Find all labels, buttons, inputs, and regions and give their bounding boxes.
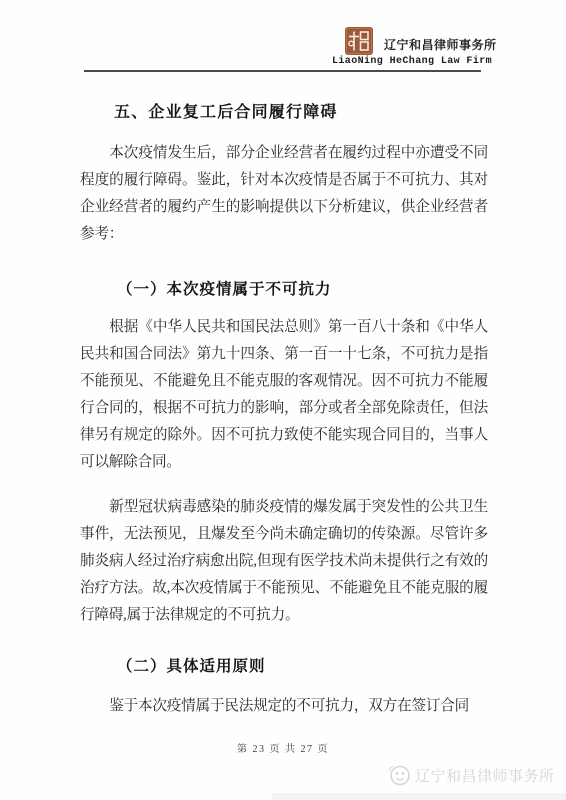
header-divider	[84, 70, 481, 72]
watermark: 辽宁和昌律师事务所	[386, 762, 555, 788]
document-section-title: 五、企业复工后合同履行障碍	[114, 99, 338, 122]
subsection-heading-1: （一）本次疫情属于不可抗力	[117, 277, 332, 299]
section1-paragraph-1: 根据《中华人民共和国民法总则》第一百八十条和《中华人民共和国合同法》第九十四条、…	[80, 314, 488, 476]
firm-name-english: LiaoNing HeChang Law Firm	[332, 56, 492, 67]
intro-paragraph: 本次疫情发生后，部分企业经营者在履约过程中亦遭受不同程度的履行障碍。鉴此，针对本…	[80, 140, 488, 248]
law-firm-seal-icon	[345, 27, 373, 55]
document-page: 辽宁和昌律师事务所 LiaoNing HeChang Law Firm 五、企业…	[0, 0, 566, 800]
bottom-edge-strip	[272, 793, 566, 800]
subsection-heading-2: （二）具体适用原则	[117, 654, 266, 676]
seal-icon-graphic	[345, 27, 373, 55]
section1-paragraph-2: 新型冠状病毒感染的肺炎疫情的爆发属于突发性的公共卫生事件，无法预见，且爆发至今尚…	[80, 494, 488, 629]
page-number: 第 23 页 共 27 页	[0, 740, 566, 755]
watermark-firm-name: 辽宁和昌律师事务所	[415, 765, 555, 786]
section2-paragraph-1: 鉴于本次疫情属于民法规定的不可抗力，双方在签订合同	[80, 693, 488, 720]
firm-name-chinese: 辽宁和昌律师事务所	[384, 36, 497, 53]
watermark-logo-icon	[386, 762, 412, 788]
